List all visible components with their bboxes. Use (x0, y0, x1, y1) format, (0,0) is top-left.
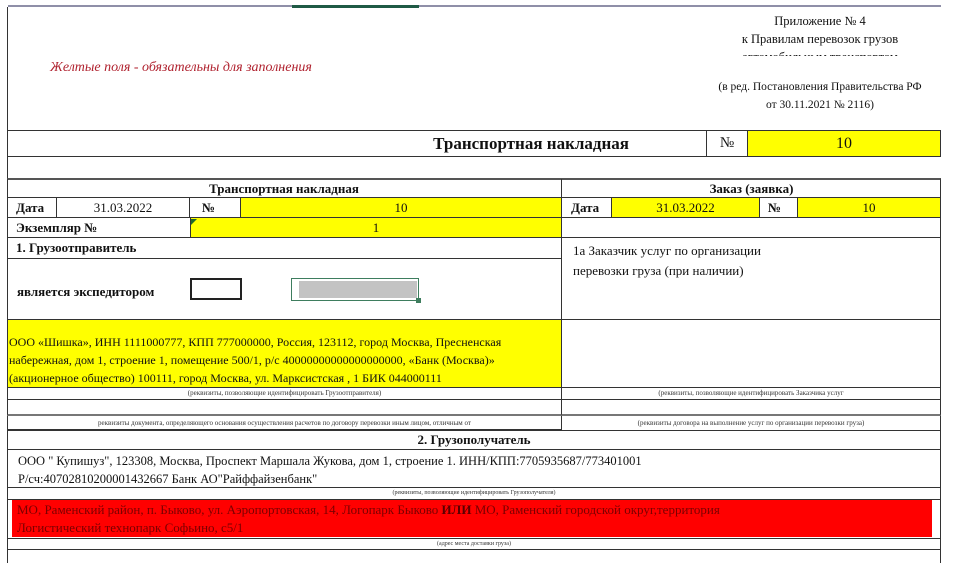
forwarder-checkbox[interactable] (190, 278, 242, 300)
appendix-reference: Приложение № 4 к Правилам перевозок груз… (700, 12, 940, 56)
delivery-address-part-1: МО, Раменский район, п. Быково, ул. Аэро… (17, 502, 442, 517)
delivery-address-line-1: МО, Раменский район, п. Быково, ул. Аэро… (17, 501, 932, 519)
shipper-details-line-3: (акционерное общество) 100111, город Мос… (9, 369, 561, 387)
order-section-heading: Заказ (заявка) (562, 179, 941, 198)
contract-details-field[interactable] (562, 400, 941, 416)
forwarder-label: является экспедитором (17, 284, 154, 300)
waybill-section-heading: Транспортная накладная (7, 179, 562, 198)
shipper-caption: (реквизиты, позволяющие идентифицировать… (7, 388, 562, 400)
delivery-address-caption: (адрес места доставки груза) (7, 539, 941, 550)
consignee-section-heading: 2. Грузополучатель (7, 430, 941, 450)
revision-note: (в ред. Постановления Правительства РФ о… (700, 78, 940, 114)
contract-caption: (реквизиты договора на выполнение услуг … (562, 416, 941, 430)
title-number-label: № (706, 130, 748, 157)
left-border (7, 157, 8, 179)
selected-cell[interactable] (291, 278, 419, 301)
customer-details-field[interactable] (562, 320, 941, 388)
revision-line-2: от 30.11.2021 № 2116) (700, 96, 940, 114)
fill-handle[interactable] (416, 298, 421, 303)
delivery-address-or: ИЛИ (442, 502, 472, 517)
delivery-address-line-2: Логистический технопарк Софьино, с5/1 (17, 519, 932, 537)
shipper-details-line-2: набережная, дом 1, строение 1, помещение… (9, 351, 561, 369)
shipper-details-line-1: ООО «Шишка», ИНН 1111000777, КПП 7770000… (9, 333, 561, 351)
left-border (7, 550, 8, 563)
title-number-field[interactable]: 10 (748, 131, 940, 156)
delivery-address-field[interactable]: МО, Раменский район, п. Быково, ул. Аэро… (12, 500, 932, 537)
right-border (940, 550, 941, 563)
order-date-field[interactable]: 31.03.2022 (612, 198, 760, 218)
appendix-line-3: автомобильным транспортом (700, 48, 940, 56)
revision-line-1: (в ред. Постановления Правительства РФ (700, 78, 940, 96)
copy-number-label: Экземпляр № (7, 218, 191, 238)
consignee-caption: (реквизиты, позволяющие идентифицировать… (7, 488, 941, 499)
payment-basis-field[interactable] (7, 400, 562, 416)
required-fields-note: Желтые поля - обязательны для заполнения (50, 60, 312, 76)
waybill-number-label: № (190, 198, 241, 218)
copy-number-field[interactable]: 1 (191, 218, 562, 238)
delivery-address-part-2: МО, Раменский городской округ,территория (471, 502, 719, 517)
shipper-details-field[interactable]: ООО «Шишка», ИНН 1111000777, КПП 7770000… (7, 320, 562, 388)
customer-heading-line-1: 1а Заказчик услуг по организации (573, 241, 940, 261)
order-number-field[interactable]: 10 (798, 198, 941, 218)
consignee-details-field[interactable]: ООО " Купишуз", 123308, Москва, Проспект… (7, 450, 941, 488)
waybill-number-field[interactable]: 10 (241, 198, 562, 218)
document-title: Транспортная накладная (7, 130, 707, 157)
waybill-date-field[interactable]: 31.03.2022 (57, 198, 190, 218)
waybill-date-label: Дата (7, 198, 57, 218)
appendix-line-2: к Правилам перевозок грузов (700, 30, 940, 48)
selected-cell-fill (299, 281, 417, 298)
copy-row-empty-cell (562, 218, 941, 238)
payment-basis-caption: реквизиты документа, определяющего основ… (7, 416, 562, 430)
order-date-label: Дата (562, 198, 612, 218)
customer-section-heading: 1а Заказчик услуг по организации перевоз… (562, 238, 941, 320)
consignee-details-line-2: Р/сч:40702810200001432667 Банк АО"Райффа… (18, 470, 940, 488)
appendix-line-1: Приложение № 4 (700, 12, 940, 30)
comment-indicator-icon (191, 219, 197, 225)
shipper-section-heading: 1. Грузоотправитель (7, 238, 562, 259)
consignee-details-line-1: ООО " Купишуз", 123308, Москва, Проспект… (18, 452, 940, 470)
order-number-label: № (760, 198, 798, 218)
customer-caption: (реквизиты, позволяющие идентифицировать… (562, 388, 941, 400)
customer-heading-line-2: перевозки груза (при наличии) (573, 261, 940, 281)
